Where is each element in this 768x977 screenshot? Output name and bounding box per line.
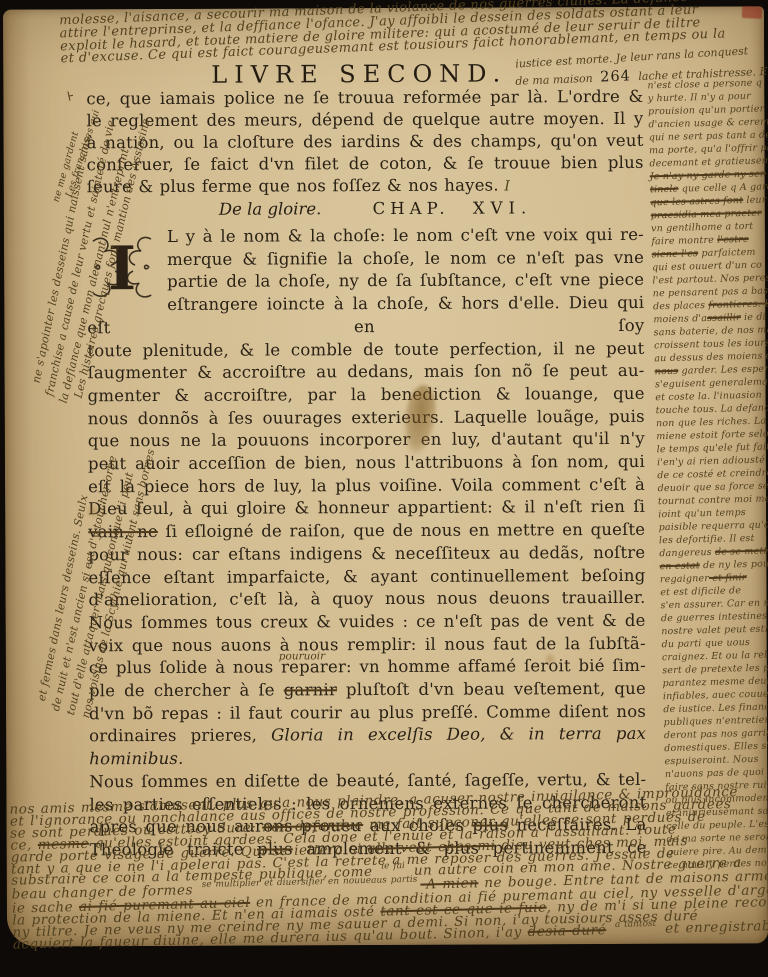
text-line: nous donnõs à ſes ouurages exterieurs. L… (88, 405, 645, 430)
interlinear-correction: pouruoir (279, 645, 325, 668)
text-line: tournat contre moi mesme (658, 492, 768, 508)
chapter-heading: De la gloire. CHAP. XVI. (219, 198, 579, 219)
text-line: voix que nous auons à nous remplir: il n… (89, 633, 646, 658)
text-line: que nous ne la pouuons incorporer en luy… (88, 428, 645, 453)
struck-text: frontieres. L (708, 298, 768, 311)
text-line: ordinaires prieres, Gloria in excelſis D… (89, 723, 646, 771)
struck-text: de se mett (715, 546, 768, 558)
interlinear-text: a tantost (615, 919, 657, 930)
struck-text: nous (655, 366, 679, 378)
text-line: ſaugmenter & accroiſtre au dedans, mais … (87, 360, 644, 385)
struck-text: desia duré (528, 922, 607, 940)
text-segment: I (499, 178, 510, 194)
text-line: peut auoir acceſſion de bien, nous l'att… (88, 451, 645, 476)
right-margin-annotations: n'est close a persone qy hurte. Il n'y a… (647, 76, 768, 872)
page-number: 264 (600, 68, 631, 85)
text-line: toute plenitude, & le comble de toute pe… (87, 337, 644, 362)
text-line: à nation, ou la cloſture des iardins & d… (86, 130, 643, 154)
text-line: Dieu ſeul, à qui gloire & honneur appart… (88, 496, 645, 521)
struck-text: tinele (650, 184, 679, 196)
text-line: conſeruer, ſe faict d'vn filet de coton,… (87, 152, 644, 176)
text-line: d'amelioration, c'eſt là, à quoy nous no… (88, 587, 645, 612)
struck-text: garnir (284, 680, 337, 699)
struck-text: siene l'es (652, 248, 699, 260)
chapter-title: De la gloire. (219, 199, 322, 218)
chapter-number: XVI. (473, 198, 533, 217)
struck-text: et finir (709, 572, 747, 584)
red-corner-mark (742, 6, 763, 19)
text-line: d'vn bõ repas : il faut courir au plus p… (89, 701, 646, 726)
text-line: eſſence eſtant imparfaicte, & ayant cont… (88, 564, 645, 589)
manuscript-page: molesse, l'aisance, a secourir ma maison… (3, 6, 768, 946)
text-line: merque & ſignifie la choſe, le nom ce n'… (87, 247, 644, 272)
chapter-label: CHAP. (373, 199, 450, 218)
struck-text: l'estre (717, 234, 749, 246)
text-line: en estat de ny les pouu (659, 557, 768, 573)
paragraph-mark: ⊦ (66, 89, 76, 105)
text-line: ce, que iamais police ne ſe trouua refor… (86, 86, 643, 110)
text-line: eſtrangere ioincte à la choſe, & hors d'… (87, 292, 644, 340)
text-line: nostre valet peut estr (661, 622, 768, 638)
text-line: ce plus ſolide à nous reparer: vn homme … (89, 655, 646, 680)
text-line: gmenter & accroiſtre, par la benediction… (88, 383, 645, 408)
book-header-title: LIVRE SECOND. (211, 59, 507, 88)
text-line: ple de chercher à ſe garnir pluſtoſt d'v… (89, 678, 646, 703)
text-line: ſeure & plus ferme que nos foſſez & nos … (87, 174, 644, 199)
text-segment: Gloria in excelſis Deo, & in terra pax h… (89, 724, 646, 768)
text-line: Nous ſommes tous creux & vuides : ce n'e… (89, 610, 646, 635)
text-line: vain, ne ſi eſloigné de raiſon, que de n… (88, 519, 645, 544)
struck-text: ssaillir (707, 312, 741, 324)
struck-text: en estat (659, 560, 699, 572)
text-line: eſt la piece hors de luy, la plus voiſin… (88, 474, 645, 499)
text-line: partie de la choſe, ny de ſa ſubſtance, … (87, 269, 644, 294)
bottom-annotation: nos amis mesme s'amusent, plus qu'a nous… (9, 786, 768, 953)
interlinear-text: ie fai (381, 861, 405, 872)
text-line: L y à le nom & la choſe: le nom c'eſt vn… (87, 224, 644, 249)
text-line: le reglement des meurs, dépend de quelqu… (86, 108, 643, 132)
main-text: I pouruoir L y à le nom & la choſe: le n… (87, 224, 647, 862)
text-line: pour nous: car eſtans indigens & neceſſi… (88, 542, 645, 567)
intro-paragraph: ce, que iamais police ne ſe trouua refor… (86, 86, 643, 199)
